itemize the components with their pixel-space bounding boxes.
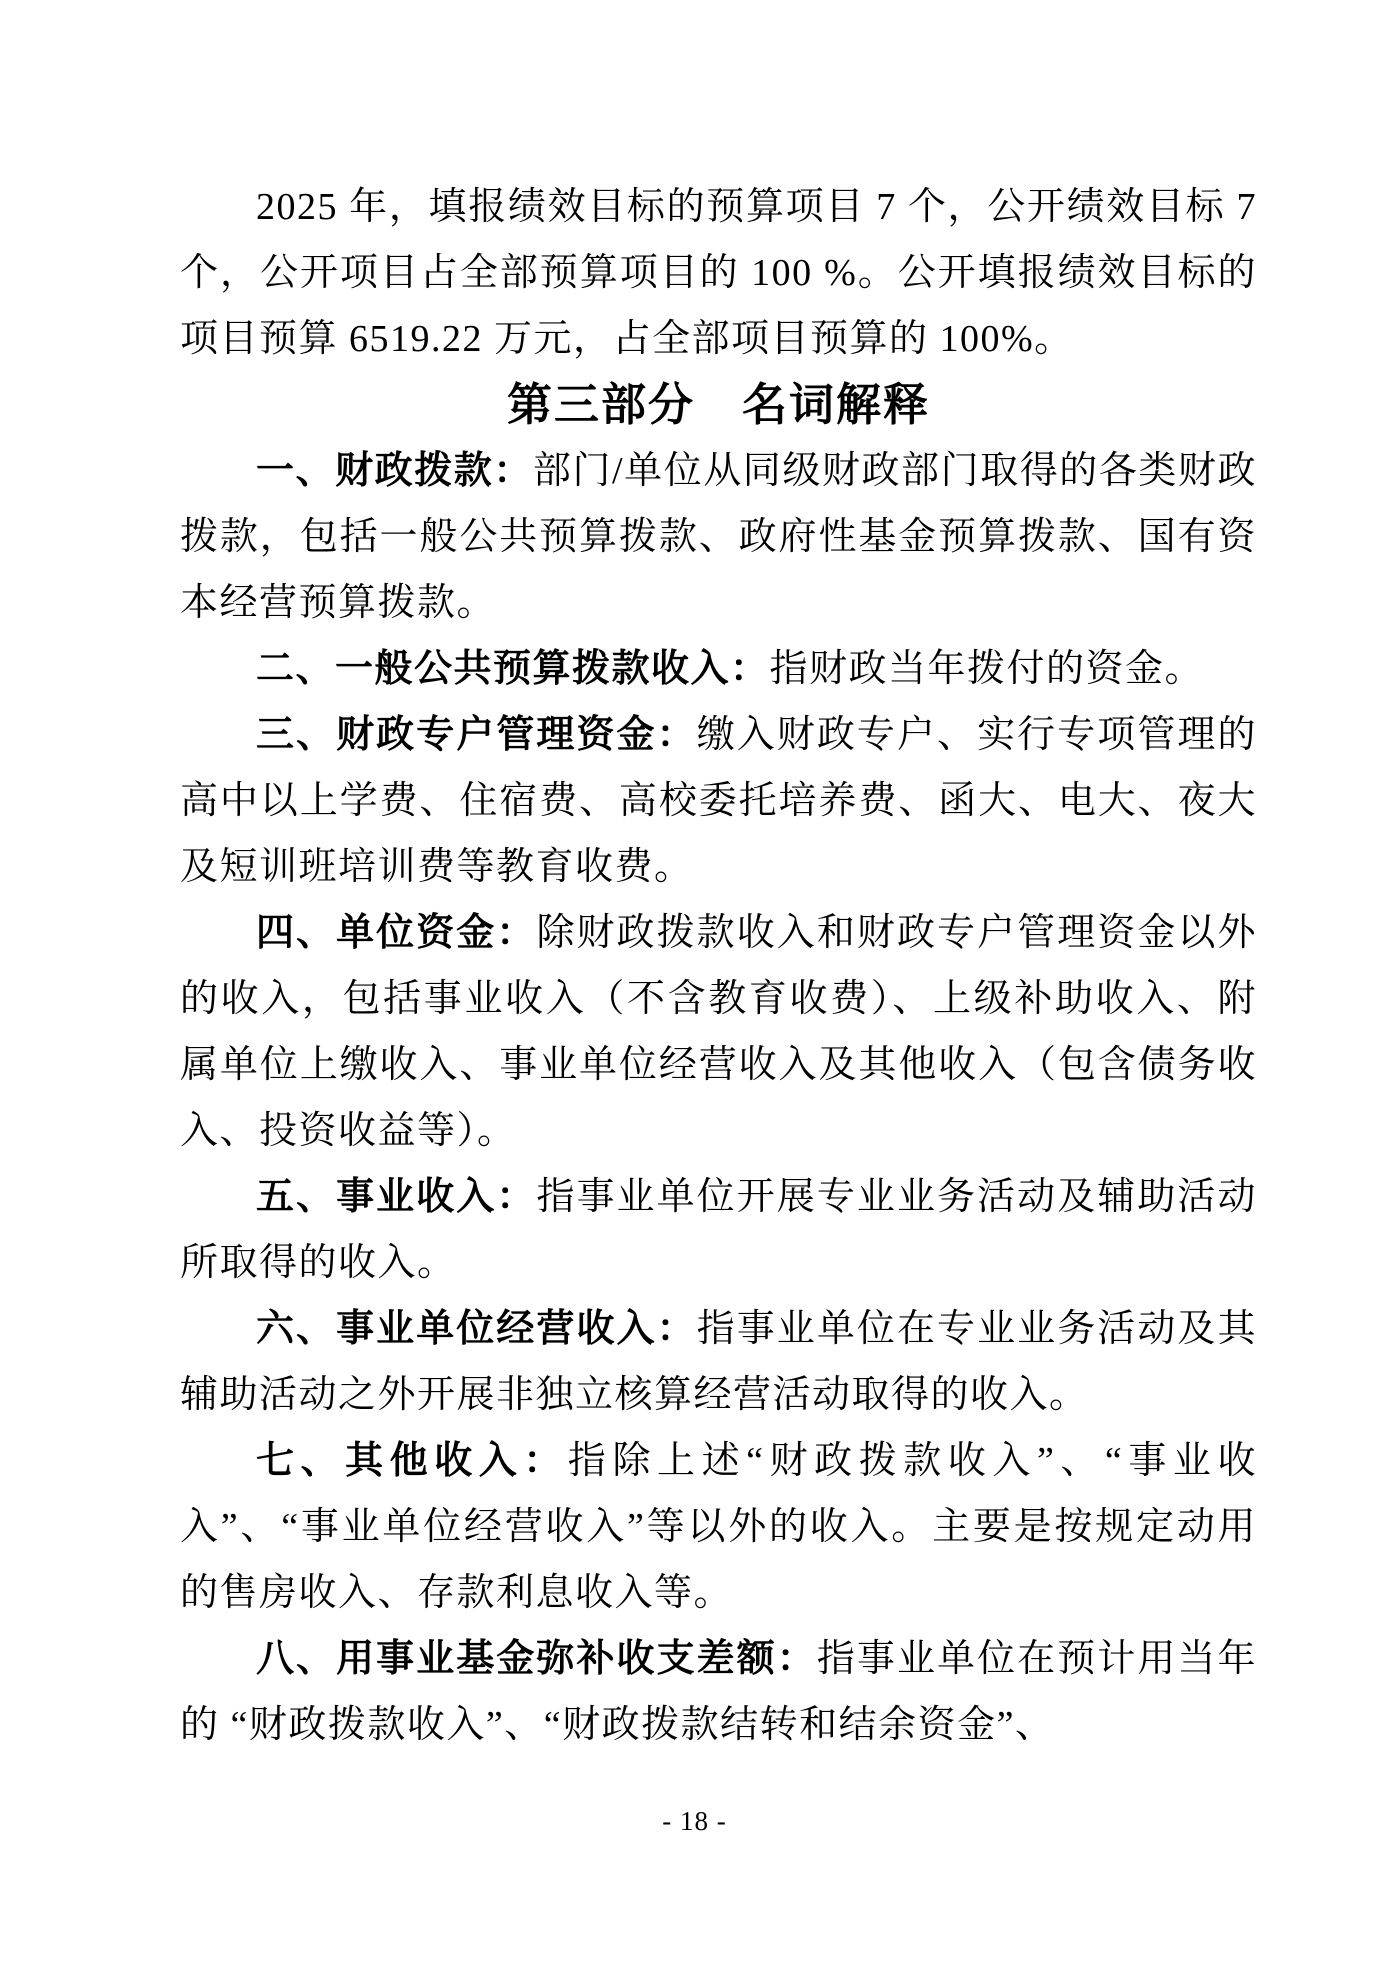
- term-paragraph-1: 一、财政拨款：部门/单位从同级财政部门取得的各类财政拨款，包括一般公共预算拨款、…: [180, 438, 1257, 636]
- section-title: 第三部分 名词解释: [180, 372, 1257, 438]
- term-label: 七、其他收入：: [256, 1440, 568, 1482]
- term-label: 二、一般公共预算拨款收入：: [256, 648, 770, 690]
- term-label: 一、财政拨款：: [256, 450, 533, 492]
- term-definition: 指财政当年拨付的资金。: [770, 648, 1205, 690]
- term-paragraph-2: 二、一般公共预算拨款收入：指财政当年拨付的资金。: [180, 636, 1257, 702]
- term-paragraph-5: 五、事业收入：指事业单位开展专业业务活动及辅助活动所取得的收入。: [180, 1164, 1257, 1296]
- term-label: 四、单位资金：: [256, 912, 536, 954]
- document-page: 2025 年，填报绩效目标的预算项目 7 个，公开绩效目标 7 个，公开项目占全…: [0, 0, 1389, 1964]
- term-paragraph-8: 八、用事业基金弥补收支差额：指事业单位在预计用当年的 “财政拨款收入”、“财政拨…: [180, 1626, 1257, 1758]
- term-paragraph-6: 六、事业单位经营收入：指事业单位在专业业务活动及其辅助活动之外开展非独立核算经营…: [180, 1296, 1257, 1428]
- term-label: 三、财政专户管理资金：: [256, 714, 697, 756]
- term-label: 五、事业收入：: [256, 1176, 536, 1218]
- term-paragraph-7: 七、其他收入：指除上述“财政拨款收入”、“事业收入”、“事业单位经营收入”等以外…: [180, 1428, 1257, 1626]
- term-label: 八、用事业基金弥补收支差额：: [256, 1638, 817, 1680]
- term-paragraph-4: 四、单位资金：除财政拨款收入和财政专户管理资金以外的收入，包括事业收入（不含教育…: [180, 900, 1257, 1164]
- page-number: - 18 -: [0, 1806, 1389, 1837]
- term-label: 六、事业单位经营收入：: [256, 1308, 697, 1350]
- term-paragraph-3: 三、财政专户管理资金：缴入财政专户、实行专项管理的高中以上学费、住宿费、高校委托…: [180, 702, 1257, 900]
- intro-paragraph: 2025 年，填报绩效目标的预算项目 7 个，公开绩效目标 7 个，公开项目占全…: [180, 174, 1257, 372]
